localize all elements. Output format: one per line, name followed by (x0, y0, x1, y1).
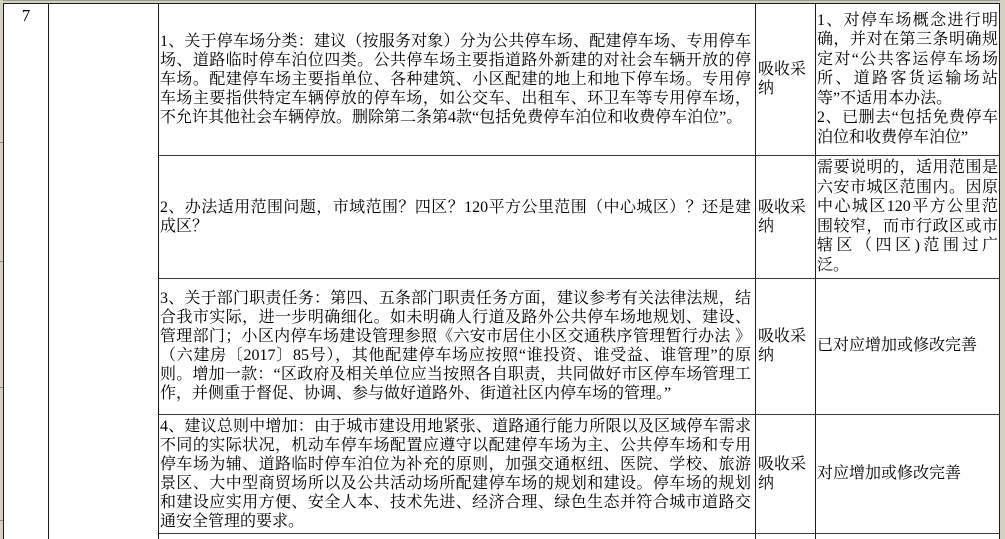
status-cell: 吸收采纳 (756, 156, 814, 277)
column-divider-number (48, 3, 49, 539)
reply-cell: 1、对停车场概念进行明确，并对在第三条明确规定对“公共客运停车场场所、道路客货运… (817, 4, 998, 154)
table-border-left (3, 3, 4, 539)
opinion-cell: 4、建议总则中增加：由于城市建设用地紧张、道路通行能力所限以及区域停车需求不同的… (159, 415, 753, 532)
row-number-cell: 7 (4, 6, 48, 26)
opinion-cell: 3、关于部门职责任务：第四、五条部门职责任务方面，建议参考有关法律法规，结合我市… (159, 279, 753, 413)
reply-cell: 对应增加或修改完善 (817, 415, 998, 532)
opinion-cell: 1、关于停车场分类：建议（按服务对象）分为公共停车场、配建停车场、专用停车场、道… (159, 4, 753, 154)
status-cell: 吸收采纳 (756, 279, 814, 413)
opinion-cell: 2、办法适用范围问题，市域范围？四区？120平方公里范围（中心城区）？还是建成区… (159, 156, 753, 277)
reply-cell: 需要说明的，适用范围是六安市城区范围内。因原中心城区120平方公里范围较窄，而市… (817, 156, 998, 277)
row-divider-4 (158, 533, 1000, 534)
page-edge-right (1000, 0, 1005, 539)
table-border-right (999, 3, 1000, 539)
status-cell: 吸收采纳 (756, 415, 814, 532)
document-table-screenshot: 7 1、关于停车场分类：建议（按服务对象）分为公共停车场、配建停车场、专用停车场… (0, 0, 1005, 539)
column-divider-status (815, 3, 816, 539)
status-cell: 吸收采纳 (756, 4, 814, 154)
reply-cell: 已对应增加或修改完善 (817, 279, 998, 413)
